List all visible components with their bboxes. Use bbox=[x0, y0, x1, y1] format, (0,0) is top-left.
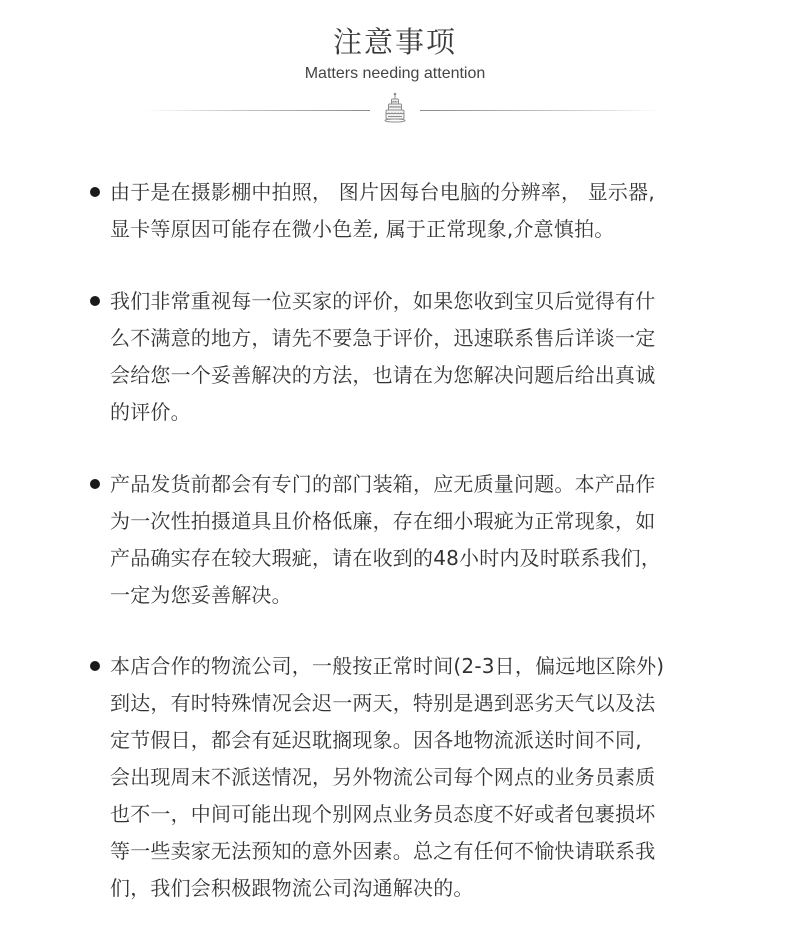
note-line: 本店合作的物流公司，一般按正常时间(2-3日，偏远地区除外) bbox=[110, 648, 710, 685]
note-line: 定节假日，都会有延迟耽搁现象。因各地物流派送时间不同, bbox=[110, 722, 710, 759]
note-line: 一定为您妥善解决。 bbox=[110, 577, 710, 614]
divider-line-left bbox=[143, 110, 370, 111]
note-item-color-difference: 由于是在摄影棚中拍照， 图片因每台电脑的分辨率， 显示器, 显卡等原因可能存在微… bbox=[110, 174, 710, 248]
note-line: 等一些卖家无法预知的意外因素。总之有任何不愉快请联系我 bbox=[110, 833, 710, 870]
bullet-icon bbox=[90, 479, 100, 489]
note-line: 们，我们会积极跟物流公司沟通解决的。 bbox=[110, 870, 710, 907]
note-line: 会给您一个妥善解决的方法，也请在为您解决问题后给出真诚 bbox=[110, 357, 710, 394]
note-line: 显卡等原因可能存在微小色差, 属于正常现象,介意慎拍。 bbox=[110, 211, 710, 248]
page-title: 注意事项 bbox=[0, 22, 790, 62]
bullet-icon bbox=[90, 661, 100, 671]
divider-line-right bbox=[420, 110, 662, 111]
note-line: 也不一，中间可能出现个别网点业务员态度不好或者包裹损坏 bbox=[110, 796, 710, 833]
note-line: 到达，有时特殊情况会迟一两天，特别是遇到恶劣天气以及法 bbox=[110, 685, 710, 722]
note-line: 由于是在摄影棚中拍照， 图片因每台电脑的分辨率， 显示器, bbox=[110, 174, 710, 211]
note-line: 为一次性拍摄道具且价格低廉，存在细小瑕疵为正常现象，如 bbox=[110, 503, 710, 540]
note-line: 的评价。 bbox=[110, 394, 710, 431]
note-item-shipping: 本店合作的物流公司，一般按正常时间(2-3日，偏远地区除外) 到达，有时特殊情况… bbox=[110, 648, 710, 907]
note-item-reviews: 我们非常重视每一位买家的评价，如果您收到宝贝后觉得有什 么不满意的地方，请先不要… bbox=[110, 283, 710, 431]
note-line: 产品发货前都会有专门的部门装箱，应无质量问题。本产品作 bbox=[110, 466, 710, 503]
note-line: 我们非常重视每一位买家的评价，如果您收到宝贝后觉得有什 bbox=[110, 283, 710, 320]
note-line: 么不满意的地方，请先不要急于评价，迅速联系售后详谈一定 bbox=[110, 320, 710, 357]
note-item-quality: 产品发货前都会有专门的部门装箱，应无质量问题。本产品作 为一次性拍摄道具且价格低… bbox=[110, 466, 710, 614]
note-line: 产品确实存在较大瑕疵，请在收到的48小时内及时联系我们， bbox=[110, 540, 710, 577]
cake-icon bbox=[383, 92, 407, 124]
note-line: 会出现周末不派送情况，另外物流公司每个网点的业务员素质 bbox=[110, 759, 710, 796]
page-subtitle: Matters needing attention bbox=[0, 63, 790, 85]
bullet-icon bbox=[90, 296, 100, 306]
bullet-icon bbox=[90, 187, 100, 197]
